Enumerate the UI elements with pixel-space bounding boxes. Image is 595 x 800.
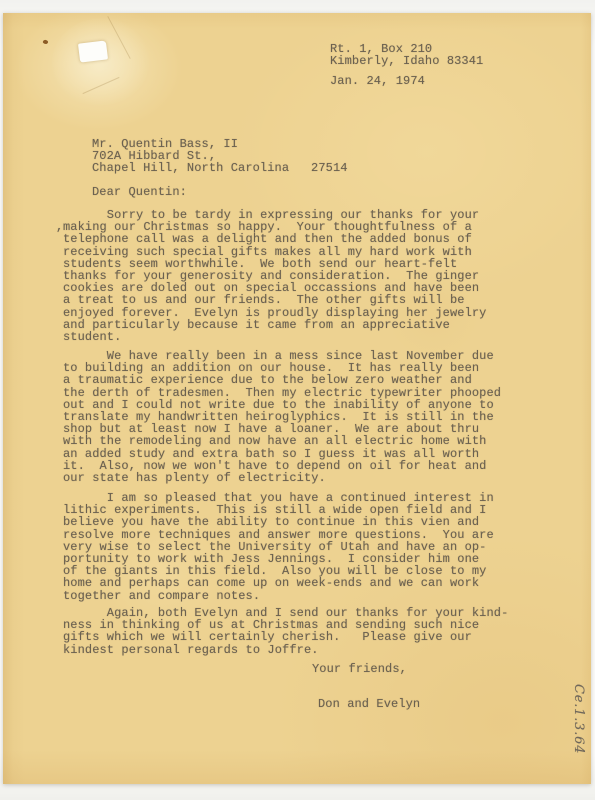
closing-line: Your friends, <box>312 663 407 675</box>
scuff-area <box>52 18 152 108</box>
letter-paragraph-2: We have really been in a mess since last… <box>63 350 501 484</box>
letter-paragraph-3: I am so pleased that you have a continue… <box>63 492 494 602</box>
tape-residue-patch <box>78 40 108 62</box>
sender-address: Rt. 1, Box 210 Kimberly, Idaho 83341 <box>330 43 483 67</box>
letter-paper: Rt. 1, Box 210 Kimberly, Idaho 83341 Jan… <box>3 13 591 784</box>
date-line: Jan. 24, 1974 <box>330 75 425 87</box>
recipient-address: Mr. Quentin Bass, II 702A Hibbard St., C… <box>92 138 348 175</box>
letter-paragraph-1: Sorry to be tardy in expressing our than… <box>63 209 486 343</box>
archival-annotation: Ce.1.3.64 <box>571 684 586 754</box>
letter-paragraph-4: Again, both Evelyn and I send our thanks… <box>63 607 508 656</box>
signature-line: Don and Evelyn <box>318 698 420 710</box>
stain-speck <box>42 39 48 45</box>
scanned-letter-page: Rt. 1, Box 210 Kimberly, Idaho 83341 Jan… <box>0 0 595 800</box>
salutation: Dear Quentin: <box>92 186 187 198</box>
